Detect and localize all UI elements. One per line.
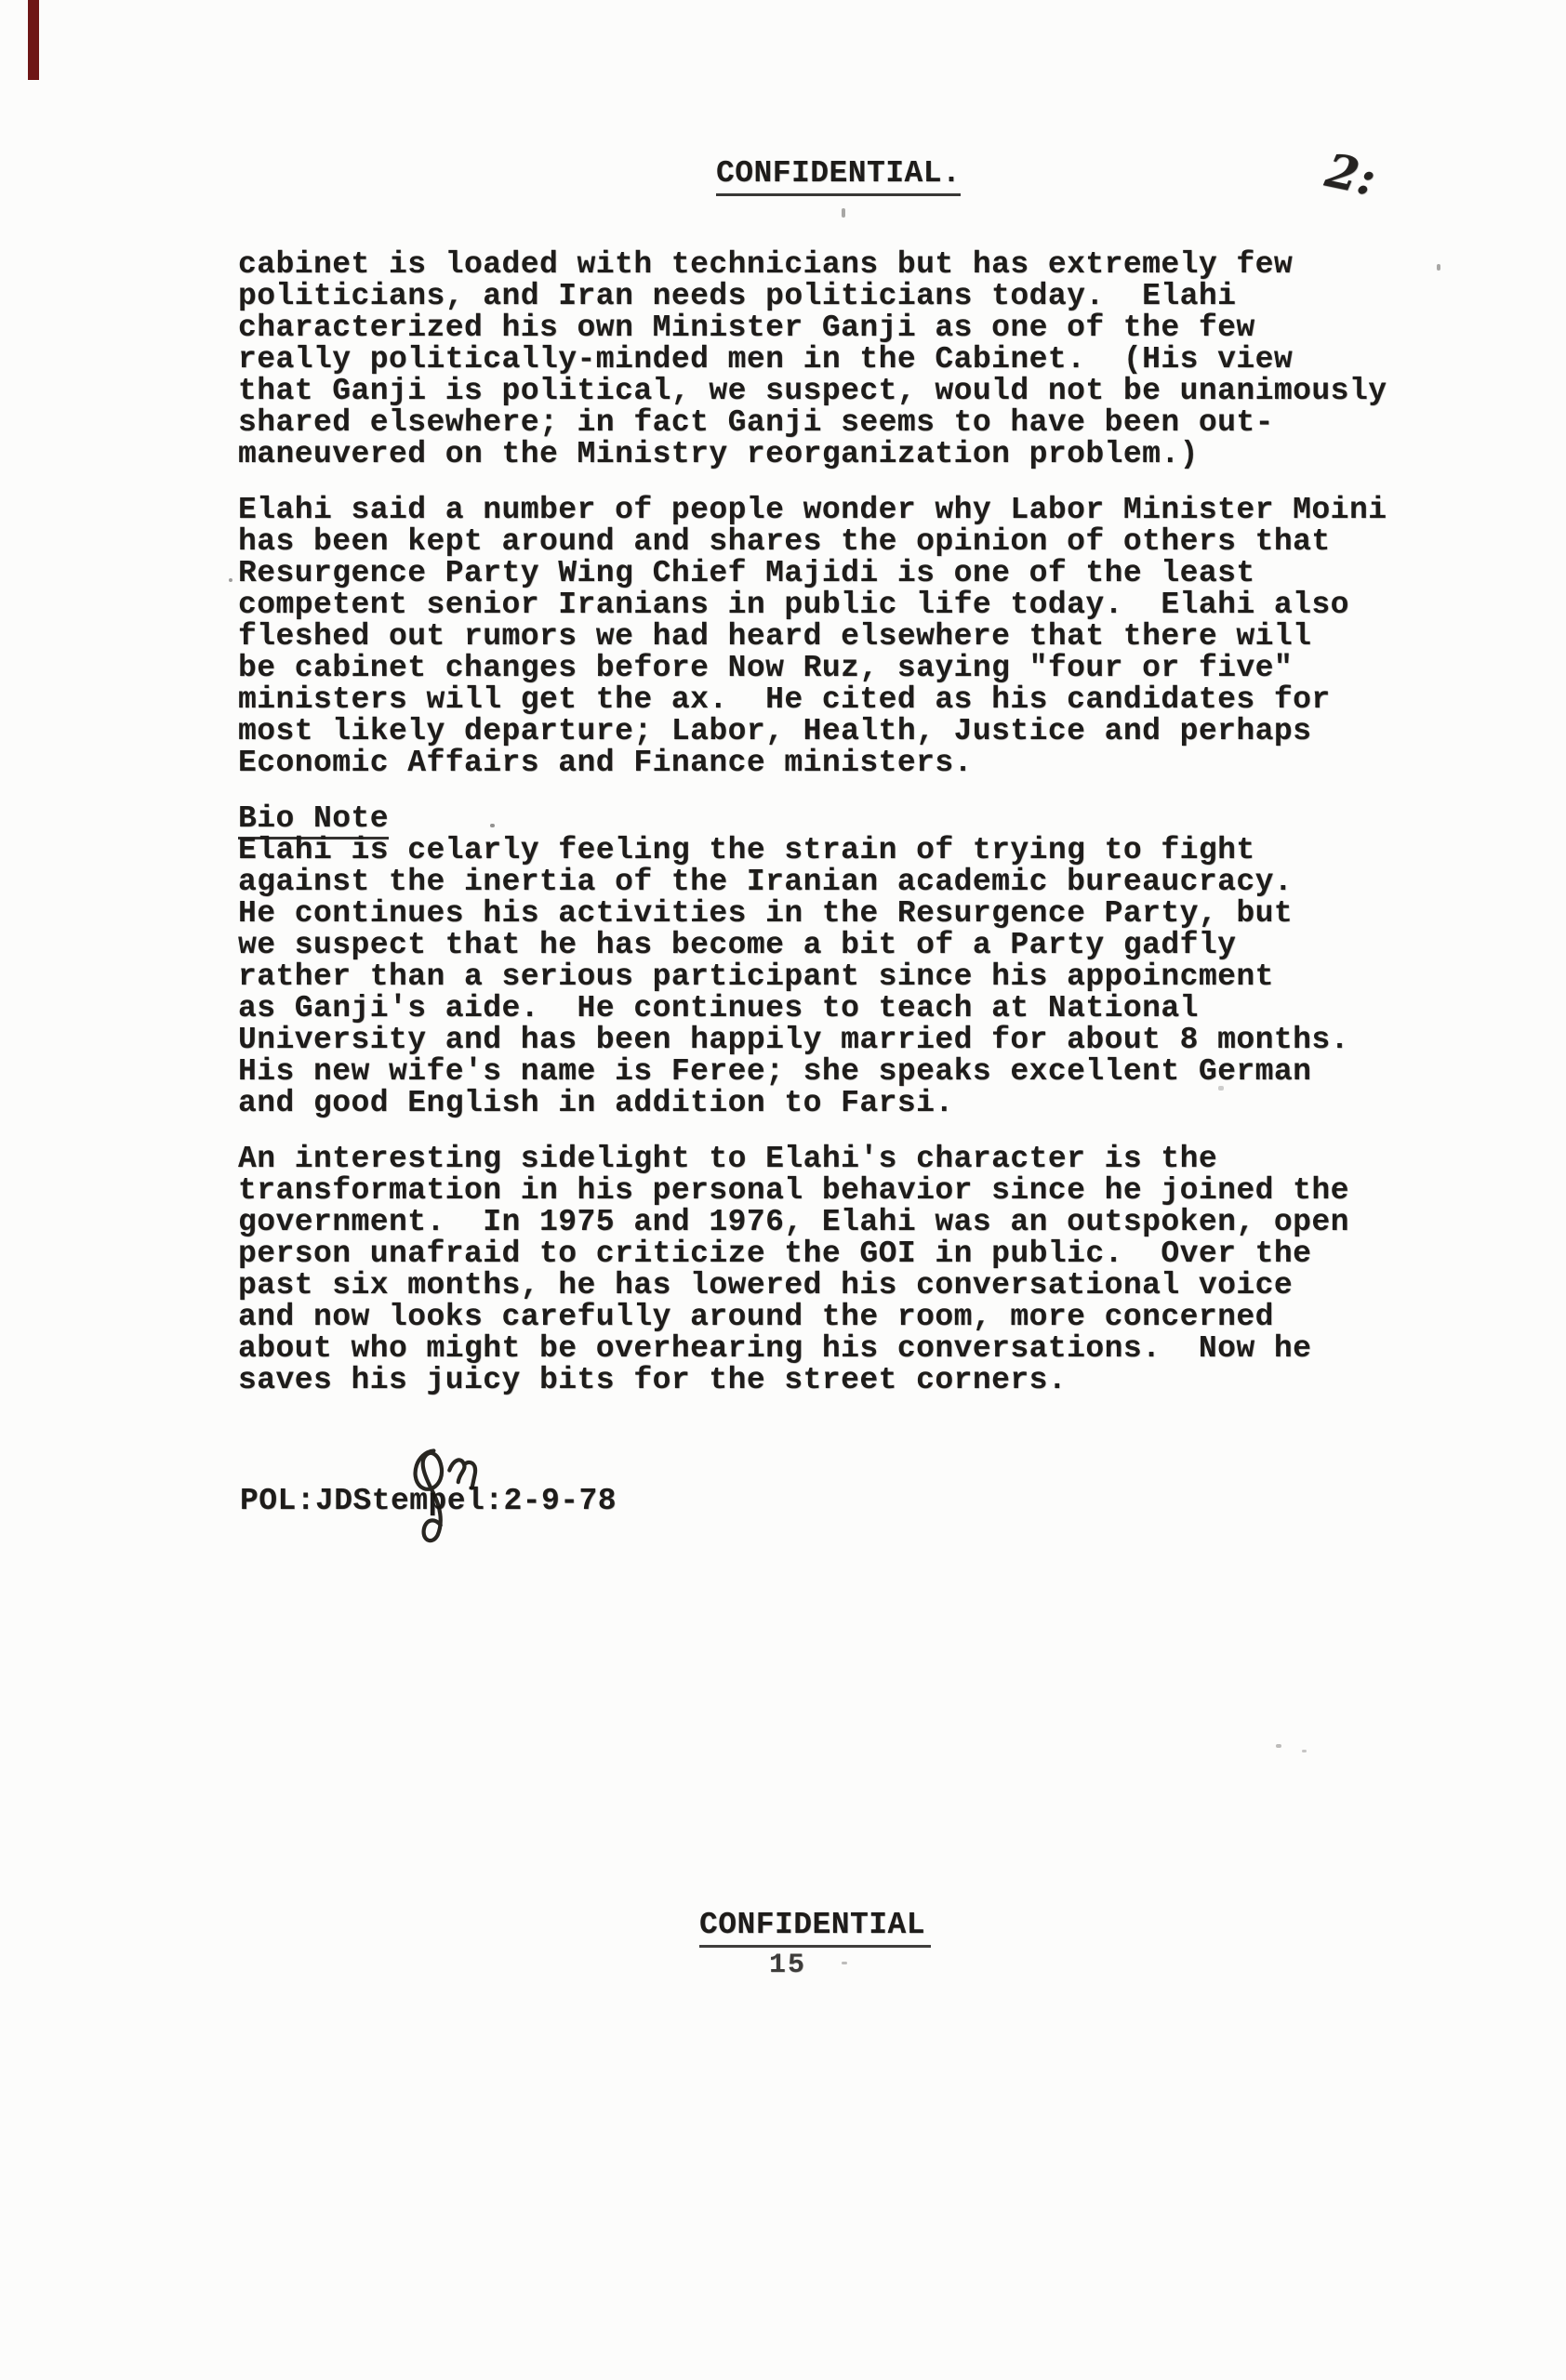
scan-speck xyxy=(490,824,495,827)
scan-edge-artifact xyxy=(28,0,39,80)
handwritten-initials-scribble xyxy=(400,1443,489,1551)
scan-speck xyxy=(1218,1086,1224,1091)
scan-speck xyxy=(842,1962,847,1964)
body-paragraph-2: Elahi said a number of people wonder why… xyxy=(238,495,1438,779)
document-body: cabinet is loaded with technicians but h… xyxy=(238,249,1438,1421)
scan-speck xyxy=(1276,1744,1281,1748)
scan-speck xyxy=(1437,264,1440,271)
body-paragraph-4: An interesting sidelight to Elahi's char… xyxy=(238,1144,1438,1396)
body-paragraph-1: cabinet is loaded with technicians but h… xyxy=(238,249,1438,470)
footer-page-number: 15 xyxy=(769,1950,806,1980)
scan-speck xyxy=(1302,1750,1307,1752)
bio-note-paragraph: Elahi is celarly feeling the strain of t… xyxy=(238,835,1438,1119)
bio-note-heading-row: Bio Note xyxy=(238,803,1438,835)
classification-header: CONFIDENTIAL. xyxy=(716,158,961,196)
scan-speck xyxy=(842,208,845,218)
document-page: CONFIDENTIAL. 2: cabinet is loaded with … xyxy=(0,0,1566,2380)
classification-footer: CONFIDENTIAL xyxy=(699,1910,931,1948)
scan-speck xyxy=(229,578,232,582)
handwritten-page-number: 2: xyxy=(1320,142,1380,206)
